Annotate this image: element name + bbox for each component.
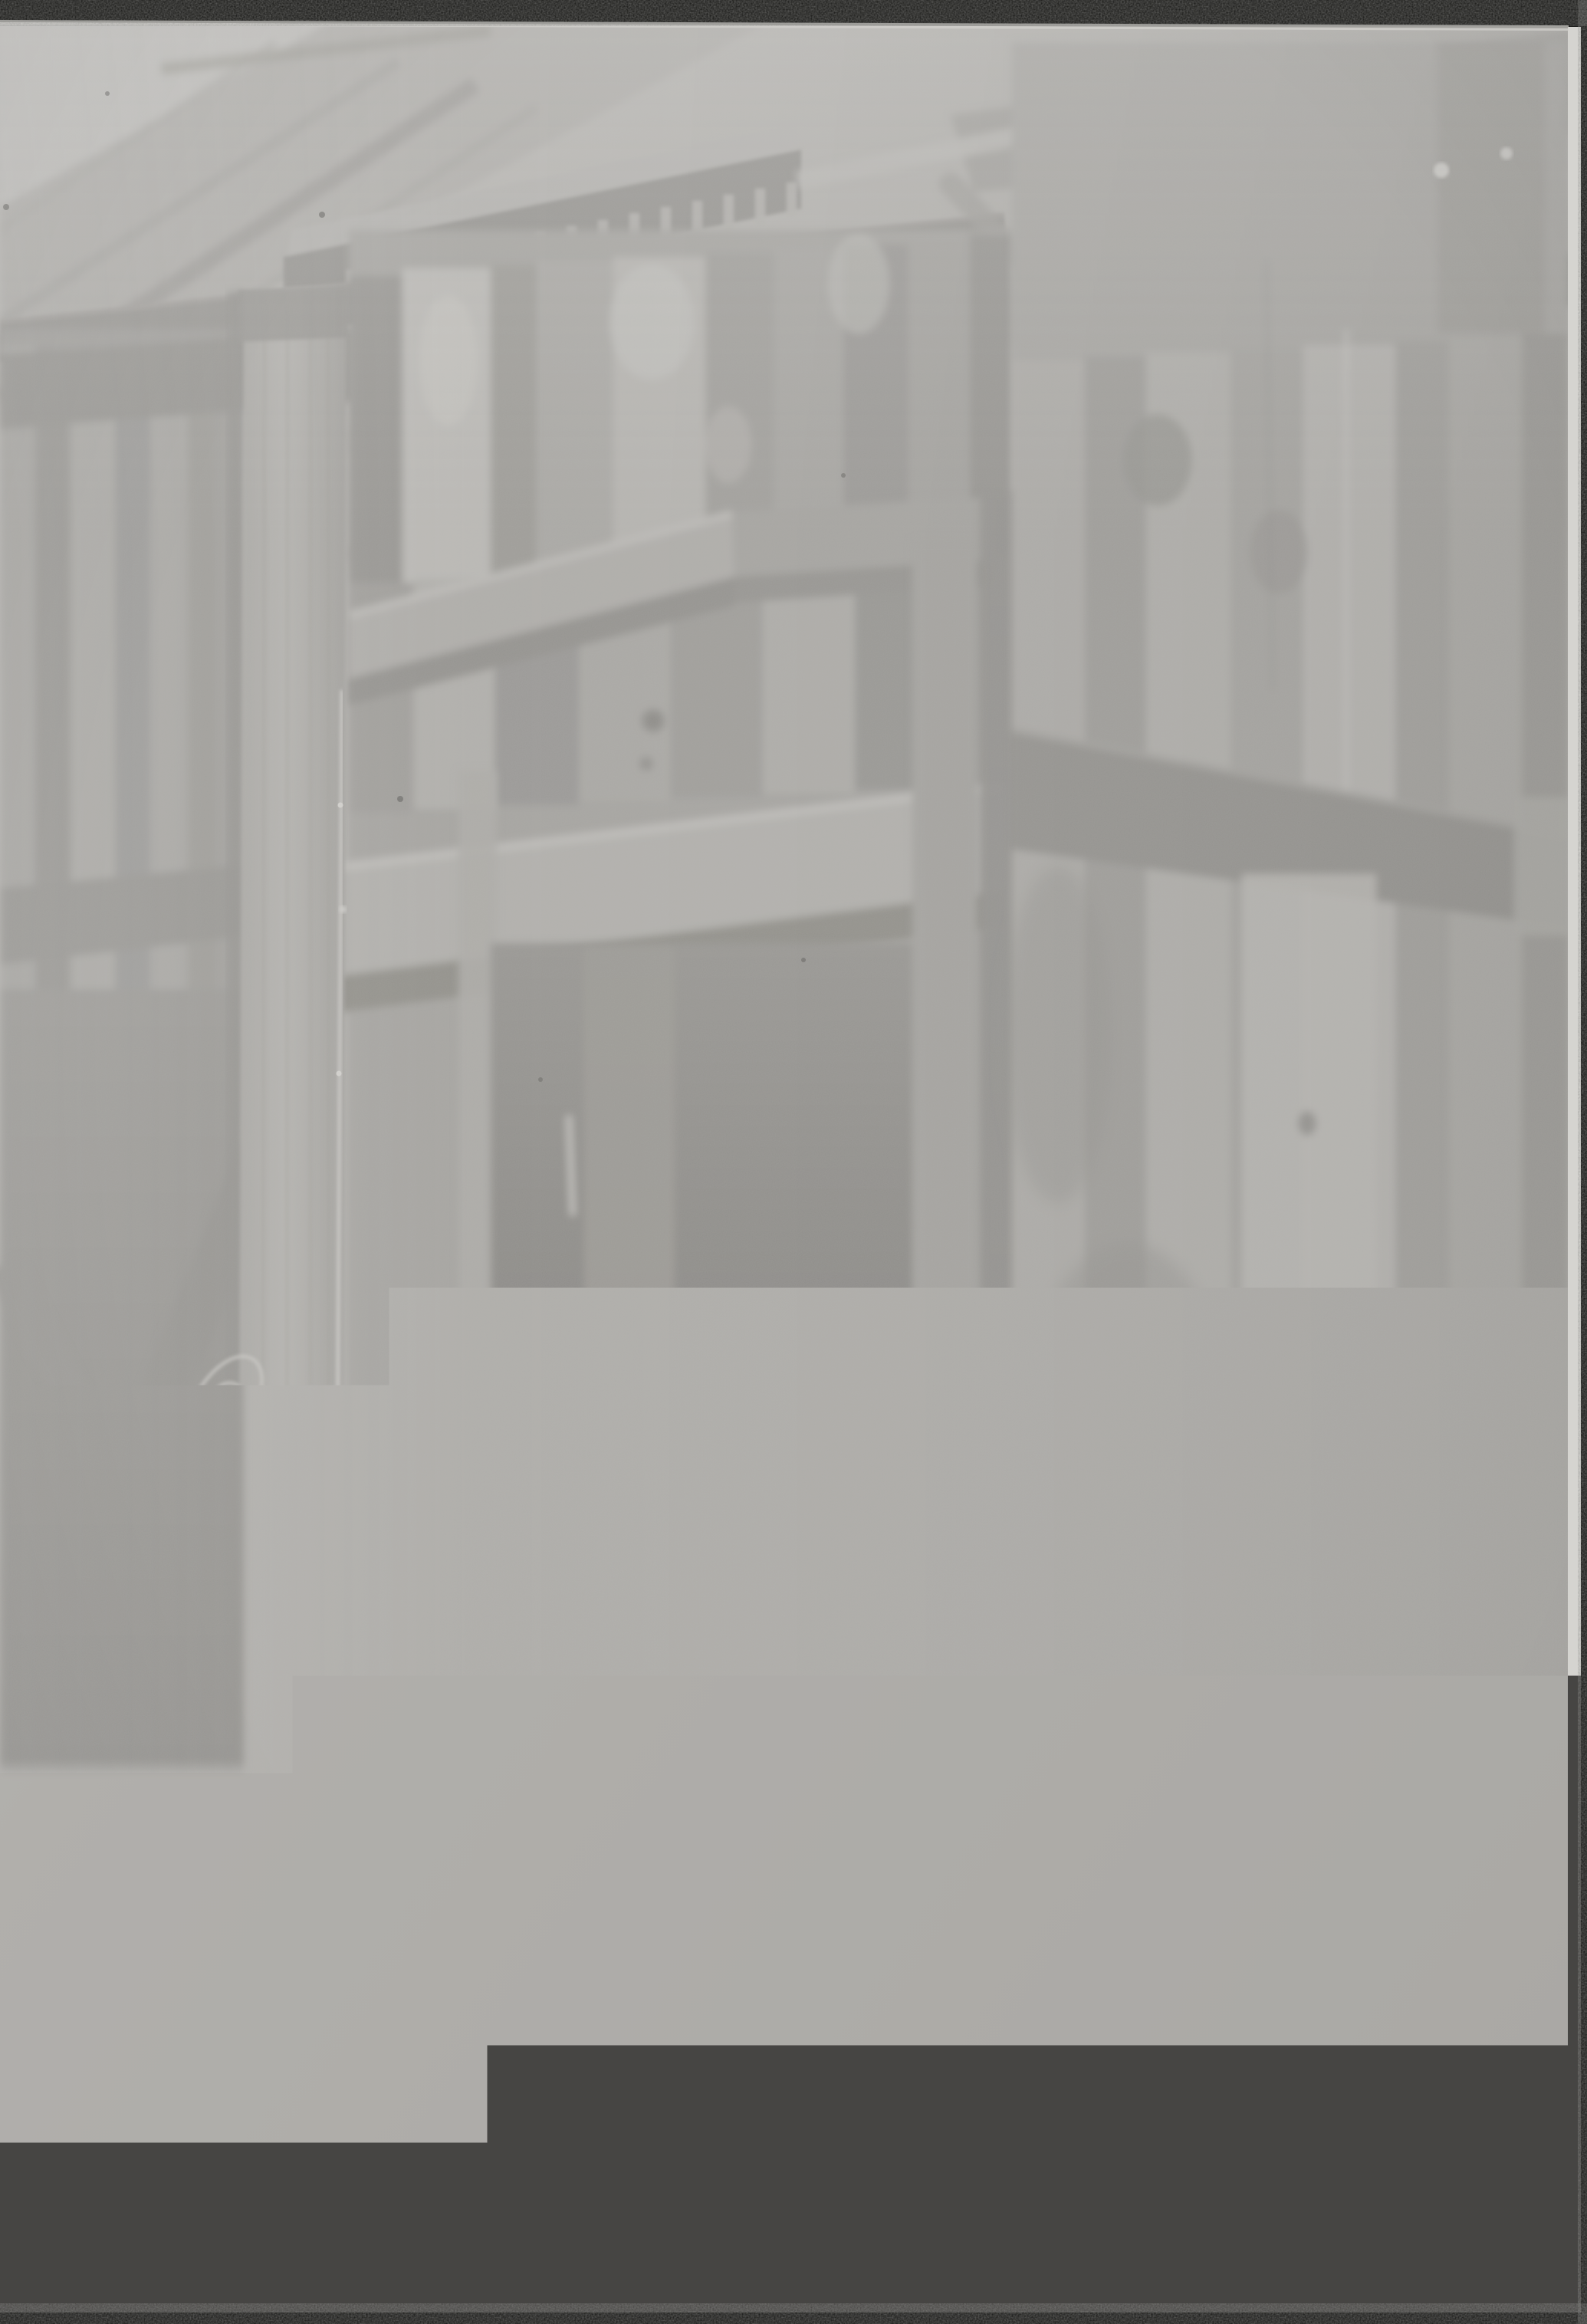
film-grain xyxy=(0,0,1587,2324)
photo-artwork xyxy=(0,0,1587,2324)
scanned-photograph xyxy=(0,0,1587,2324)
photo-print xyxy=(0,0,1587,2324)
